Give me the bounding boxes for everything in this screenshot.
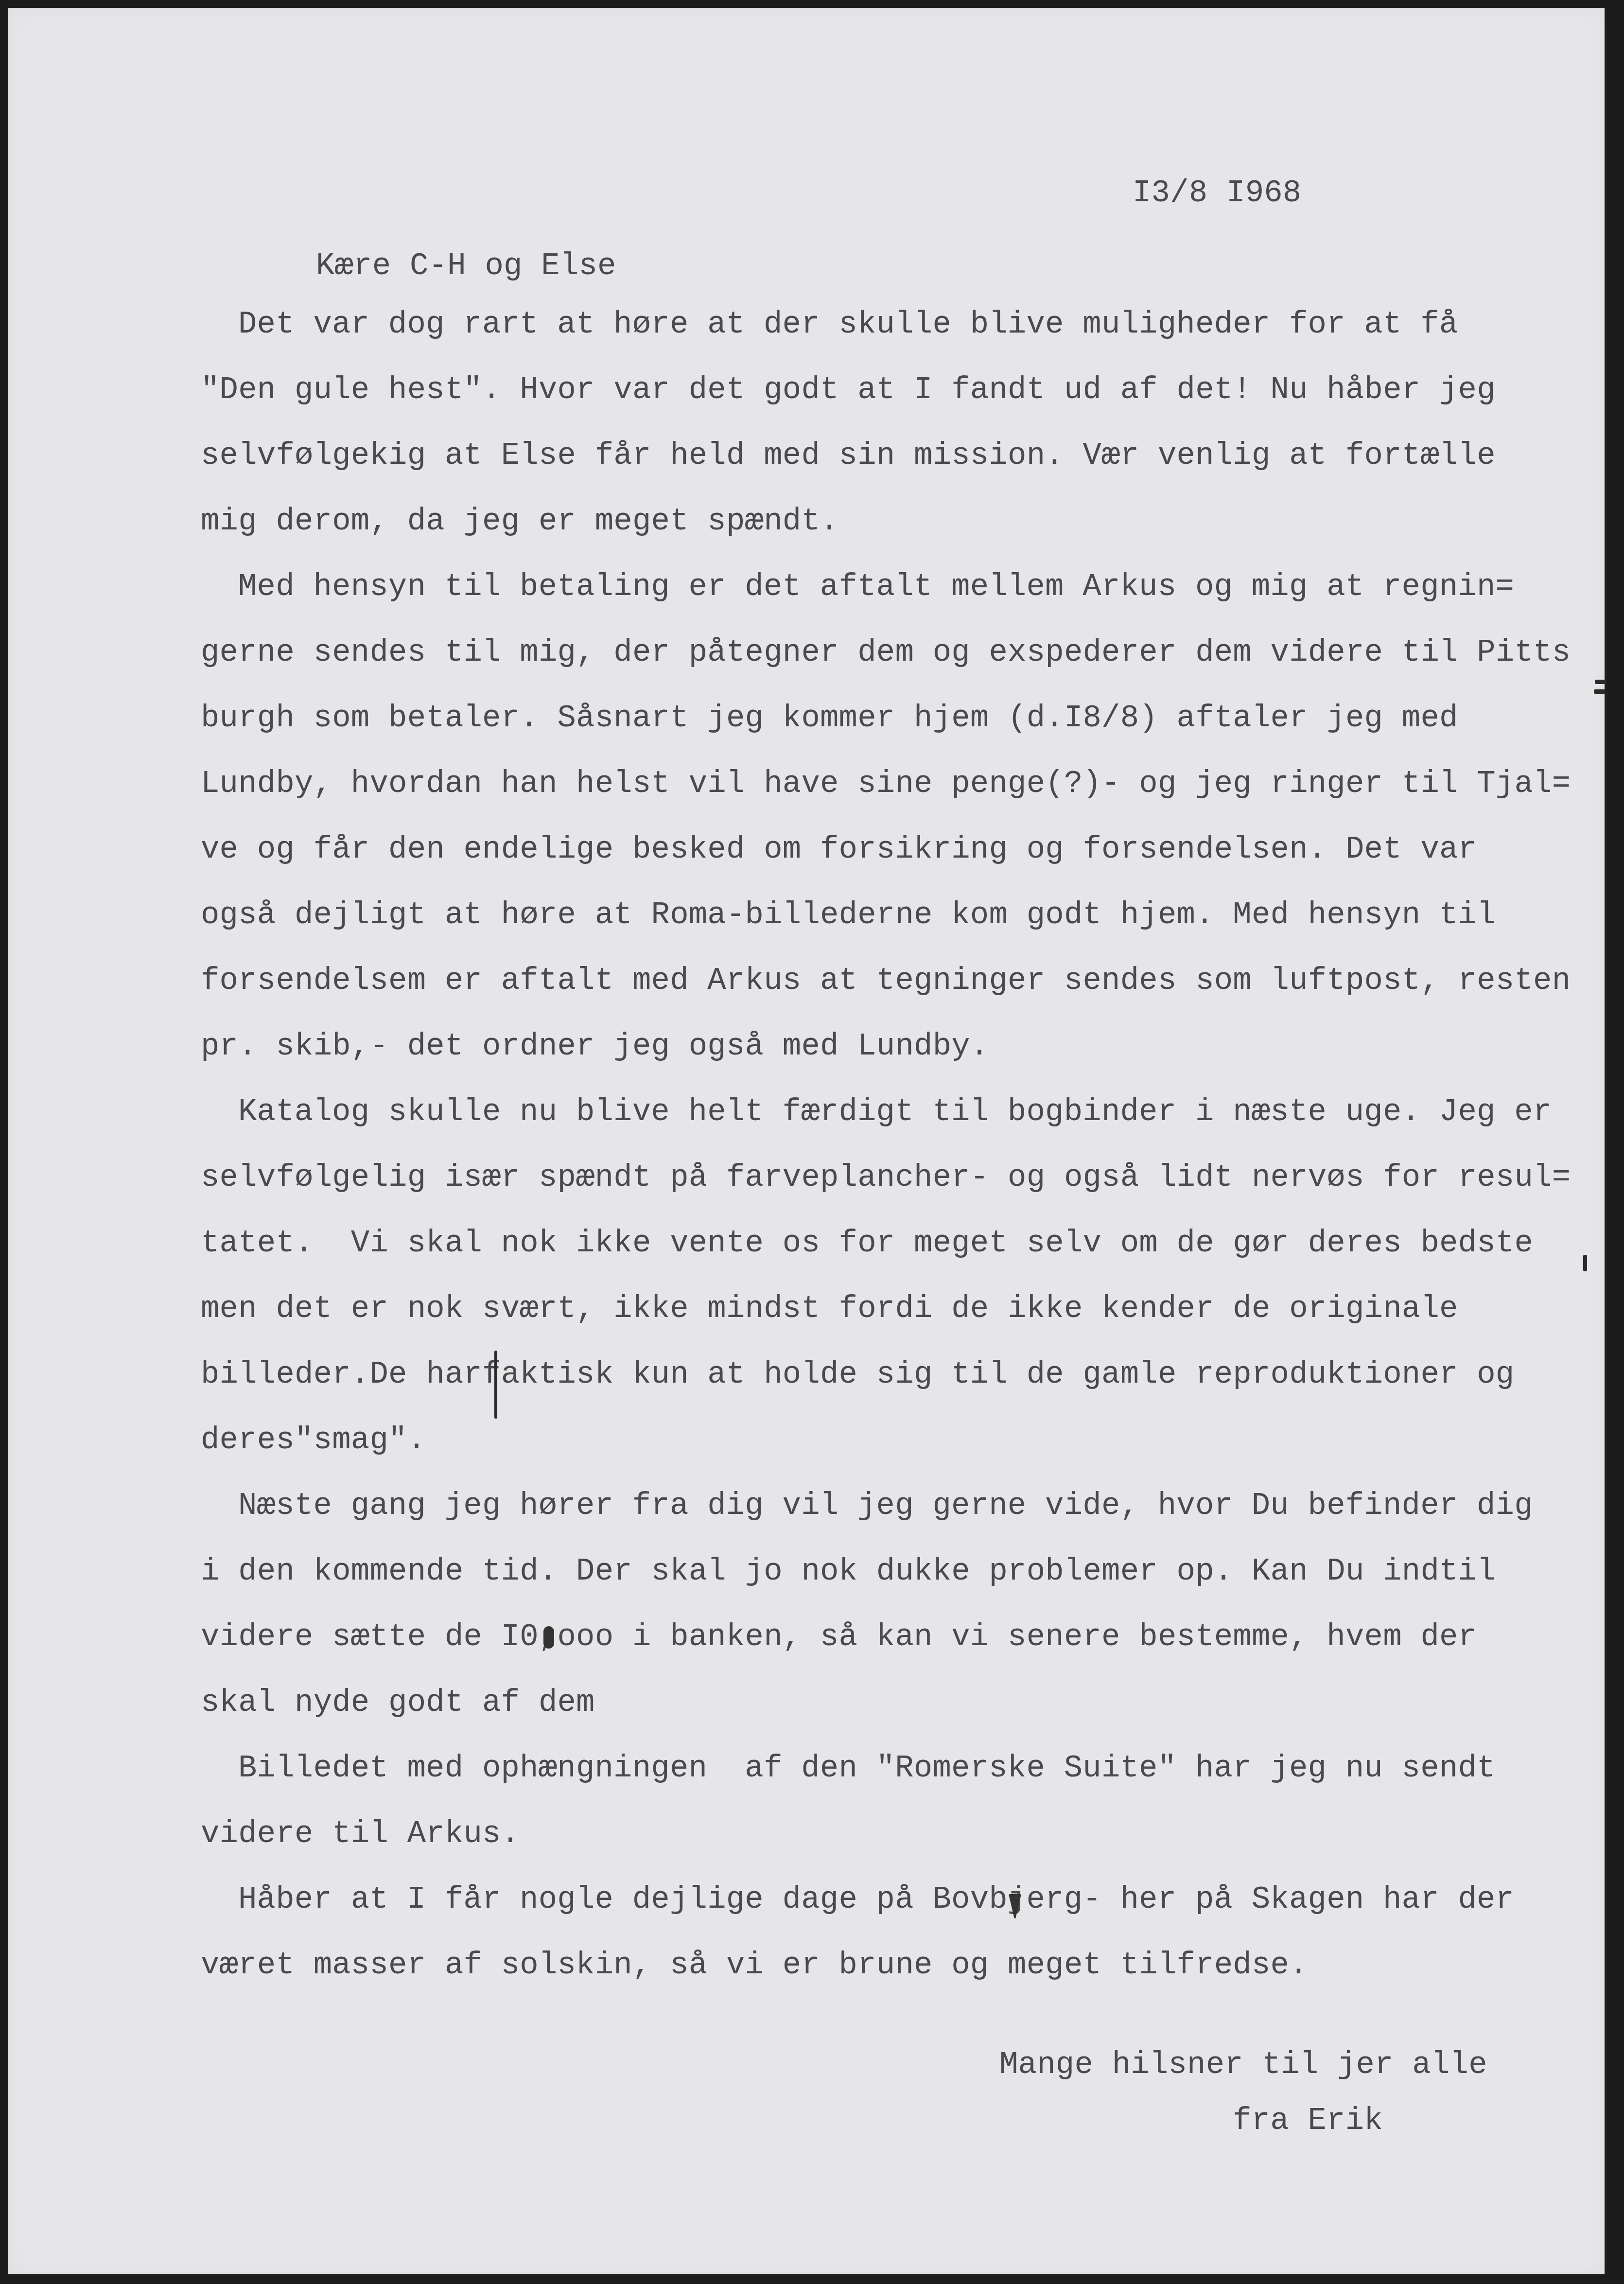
body-line: skal nyde godt af dem [201,1687,595,1719]
body-line: været masser af solskin, så vi er brune … [201,1950,1308,1981]
letter-date: I3/8 I968 [1133,178,1301,209]
body-line: Det var dog rart at høre at der skulle b… [238,309,1458,340]
body-line: billeder.De harfaktisk kun at holde sig … [201,1359,1514,1390]
body-line: Billedet med ophængningen af den "Romers… [238,1753,1496,1784]
body-line: tatet. Vi skal nok ikke vente os for meg… [201,1228,1533,1259]
body-line: videre til Arkus. [201,1819,520,1850]
zero-overstrike-mark [543,1626,554,1649]
body-line: selvfølgelig især spændt på farveplanche… [201,1162,1571,1194]
body-line: videre sætte de I0,ooo i banken, så kan … [201,1622,1477,1653]
body-line: selvfølgekig at Else får held med sin mi… [201,440,1496,472]
body-line: også dejligt at høre at Roma-billederne … [201,900,1496,931]
body-line: mig derom, da jeg er meget spændt. [201,506,839,537]
hyphen-correction-mark [1595,680,1607,684]
hyphen-correction-mark [1594,689,1606,694]
body-line: deres"smag". [201,1425,426,1456]
letter-closing: Mange hilsner til jer alle [999,2050,1487,2081]
body-line: forsendelsem er aftalt med Arkus at tegn… [201,966,1571,997]
letter-page: I3/8 I968 Kære C-H og Else Det var dog r… [8,8,1605,2274]
body-line: burgh som betaler. Såsnart jeg kommer hj… [201,703,1458,734]
body-line: Med hensyn til betaling er det aftalt me… [238,572,1514,603]
comma-correction-mark [1583,1255,1587,1271]
body-line: Håber at I får nogle dejlige dage på Bov… [238,1884,1514,1915]
word-divider-mark [494,1351,497,1419]
body-line: Næste gang jeg hører fra dig vil jeg ger… [238,1491,1533,1522]
body-line: pr. skib,- det ordner jeg også med Lundb… [201,1031,989,1062]
letter-signature: fra Erik [1233,2106,1383,2137]
letter-salutation: Kære C-H og Else [316,251,616,282]
body-line: i den kommende tid. Der skal jo nok dukk… [201,1556,1496,1587]
body-line: gerne sendes til mig, der påtegner dem o… [201,637,1571,668]
body-line: ve og får den endelige besked om forsikr… [201,834,1477,865]
body-line: men det er nok svært, ikke mindst fordi … [201,1294,1458,1325]
body-line: "Den gule hest". Hvor var det godt at I … [201,375,1496,406]
body-line: Lundby, hvordan han helst vil have sine … [201,769,1571,800]
body-line: Katalog skulle nu blive helt færdigt til… [238,1097,1552,1128]
